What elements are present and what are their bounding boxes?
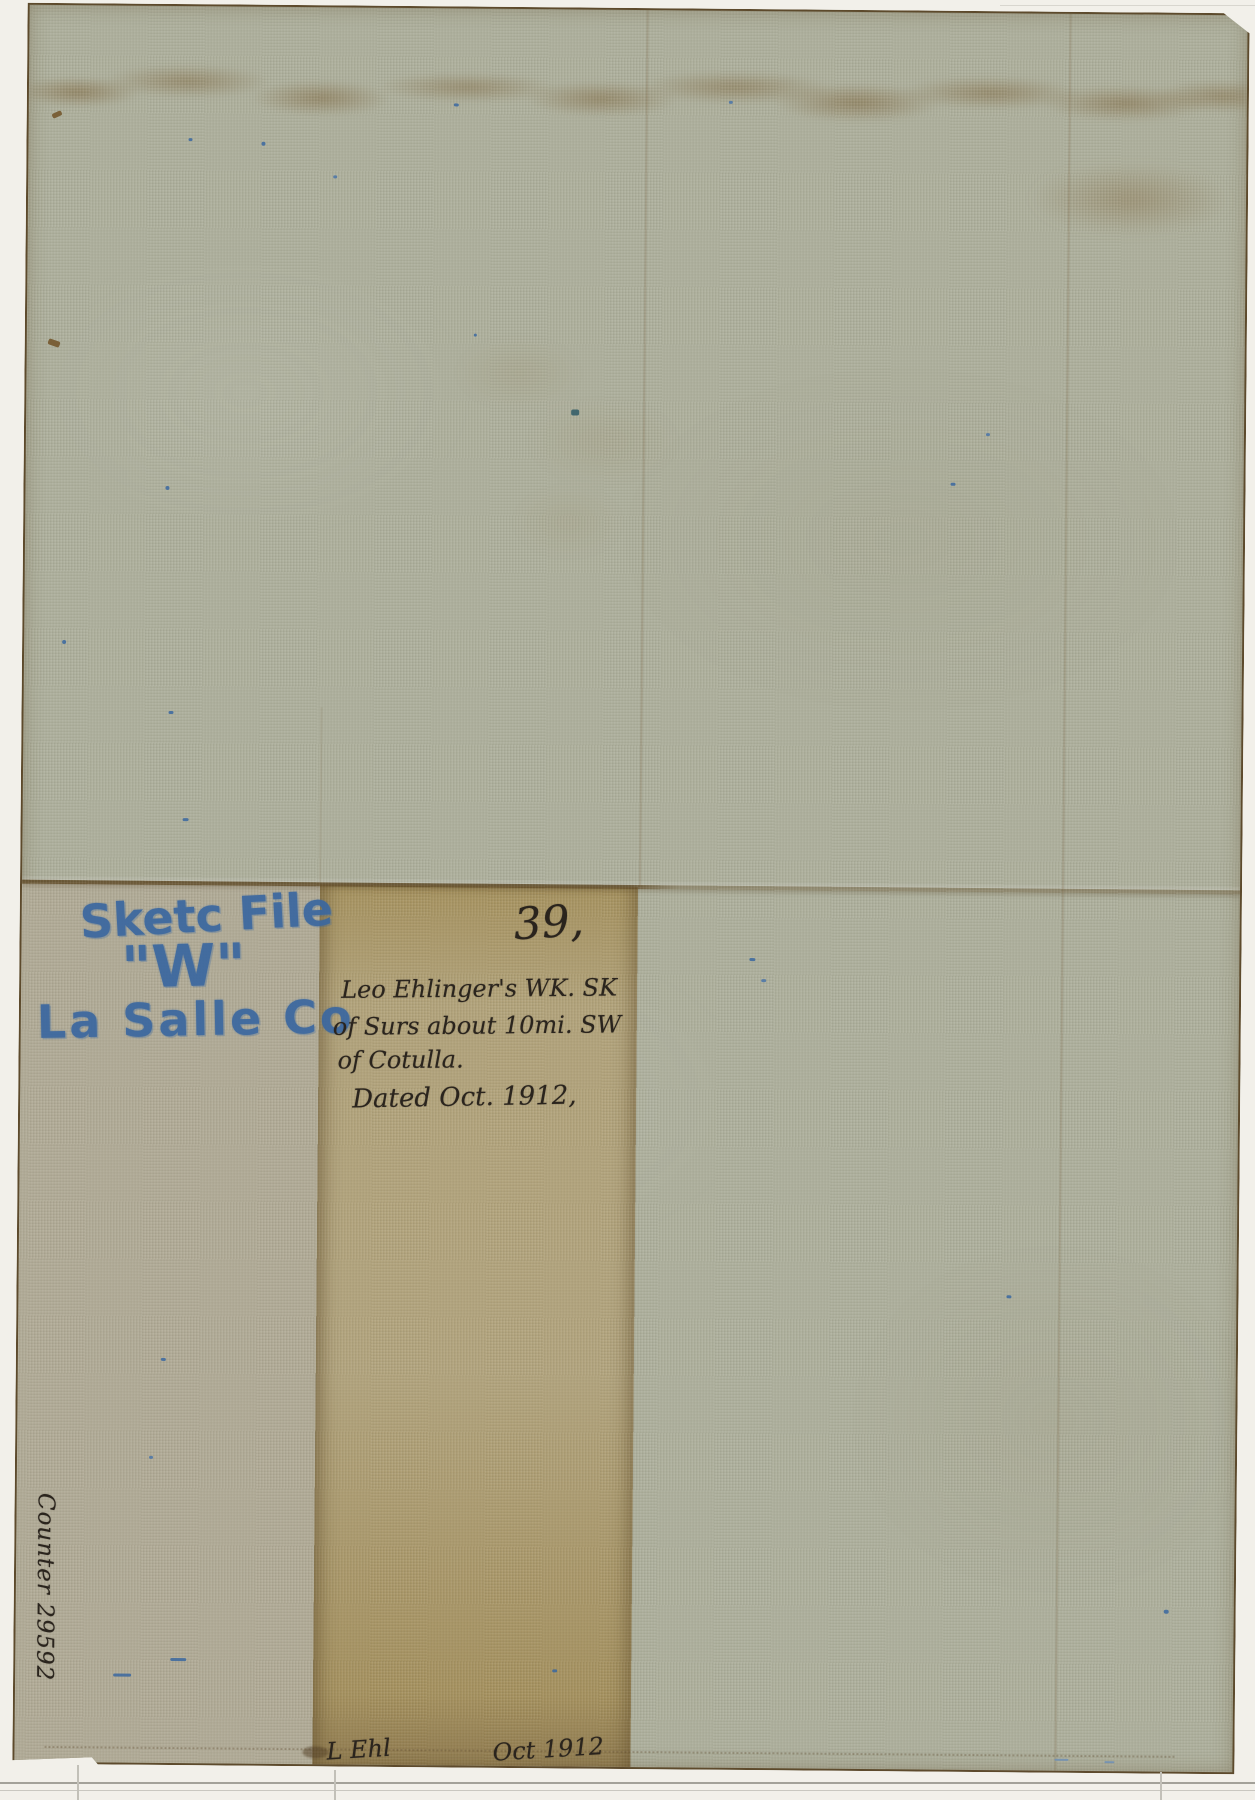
fiber-speck: [1104, 1761, 1114, 1763]
scanned-document: Sketc File "W" La Salle Co 39, Leo Ehlin…: [0, 0, 1255, 1800]
fiber-speck: [1006, 1295, 1011, 1298]
fiber-speck: [261, 142, 265, 146]
fiber-speck: [62, 640, 66, 644]
fiber-speck: [749, 958, 755, 961]
fiber-speck: [729, 101, 733, 104]
fiber-speck: [189, 138, 193, 141]
file-label-county: La Salle Co: [36, 989, 355, 1049]
fiber-speck: [986, 433, 990, 436]
scan-top-crease: [1000, 5, 1255, 6]
fiber-speck: [169, 711, 174, 714]
scan-artifact-line: [334, 1770, 336, 1800]
scan-artifact-line: [77, 1765, 79, 1800]
top-right-stain: [987, 133, 1248, 265]
ghost-ink-stain: [415, 318, 757, 591]
fiber-speck: [183, 818, 189, 821]
fiber-speck: [1054, 1759, 1068, 1761]
linen-sheet: Sketc File "W" La Salle Co 39, Leo Ehlin…: [12, 3, 1249, 1775]
fiber-speck: [170, 1658, 186, 1661]
fiber-speck: [474, 334, 477, 337]
fiber-speck: [113, 1674, 131, 1677]
fiber-specks: [30, 5, 1248, 16]
fiber-speck: [951, 483, 956, 486]
fiber-speck: [165, 486, 169, 490]
fiber-speck: [333, 175, 337, 178]
top-water-stain: [29, 49, 1248, 138]
bottom-crease-blotch: [302, 1746, 328, 1758]
footer-surveyor-initials: L Ehl: [326, 1734, 392, 1766]
fiber-speck: [149, 1456, 153, 1459]
fiber-speck: [761, 979, 766, 982]
scanner-edge-line: [0, 1782, 1255, 1784]
scan-artifact-line: [1160, 1772, 1162, 1800]
dated-line: Dated Oct. 1912,: [352, 1081, 577, 1115]
description-line3: of Cotulla.: [337, 1045, 463, 1074]
fiber-speck: [454, 103, 459, 106]
sketch-number: 39,: [512, 895, 585, 950]
description-line1: Leo Ehlinger's WK. SK: [341, 973, 617, 1003]
fiber-speck: [552, 1669, 557, 1672]
upper-left-fold-hint: [319, 707, 323, 884]
description-line2: of Surs about 10mi. SW: [333, 1010, 622, 1041]
scanner-edge-line-2: [0, 1790, 1255, 1791]
fiber-speck: [1164, 1610, 1169, 1614]
fiber-speck: [161, 1358, 166, 1361]
edge-counter-number: Counter 29592: [31, 1493, 59, 1682]
fiber-speck: [571, 409, 579, 415]
